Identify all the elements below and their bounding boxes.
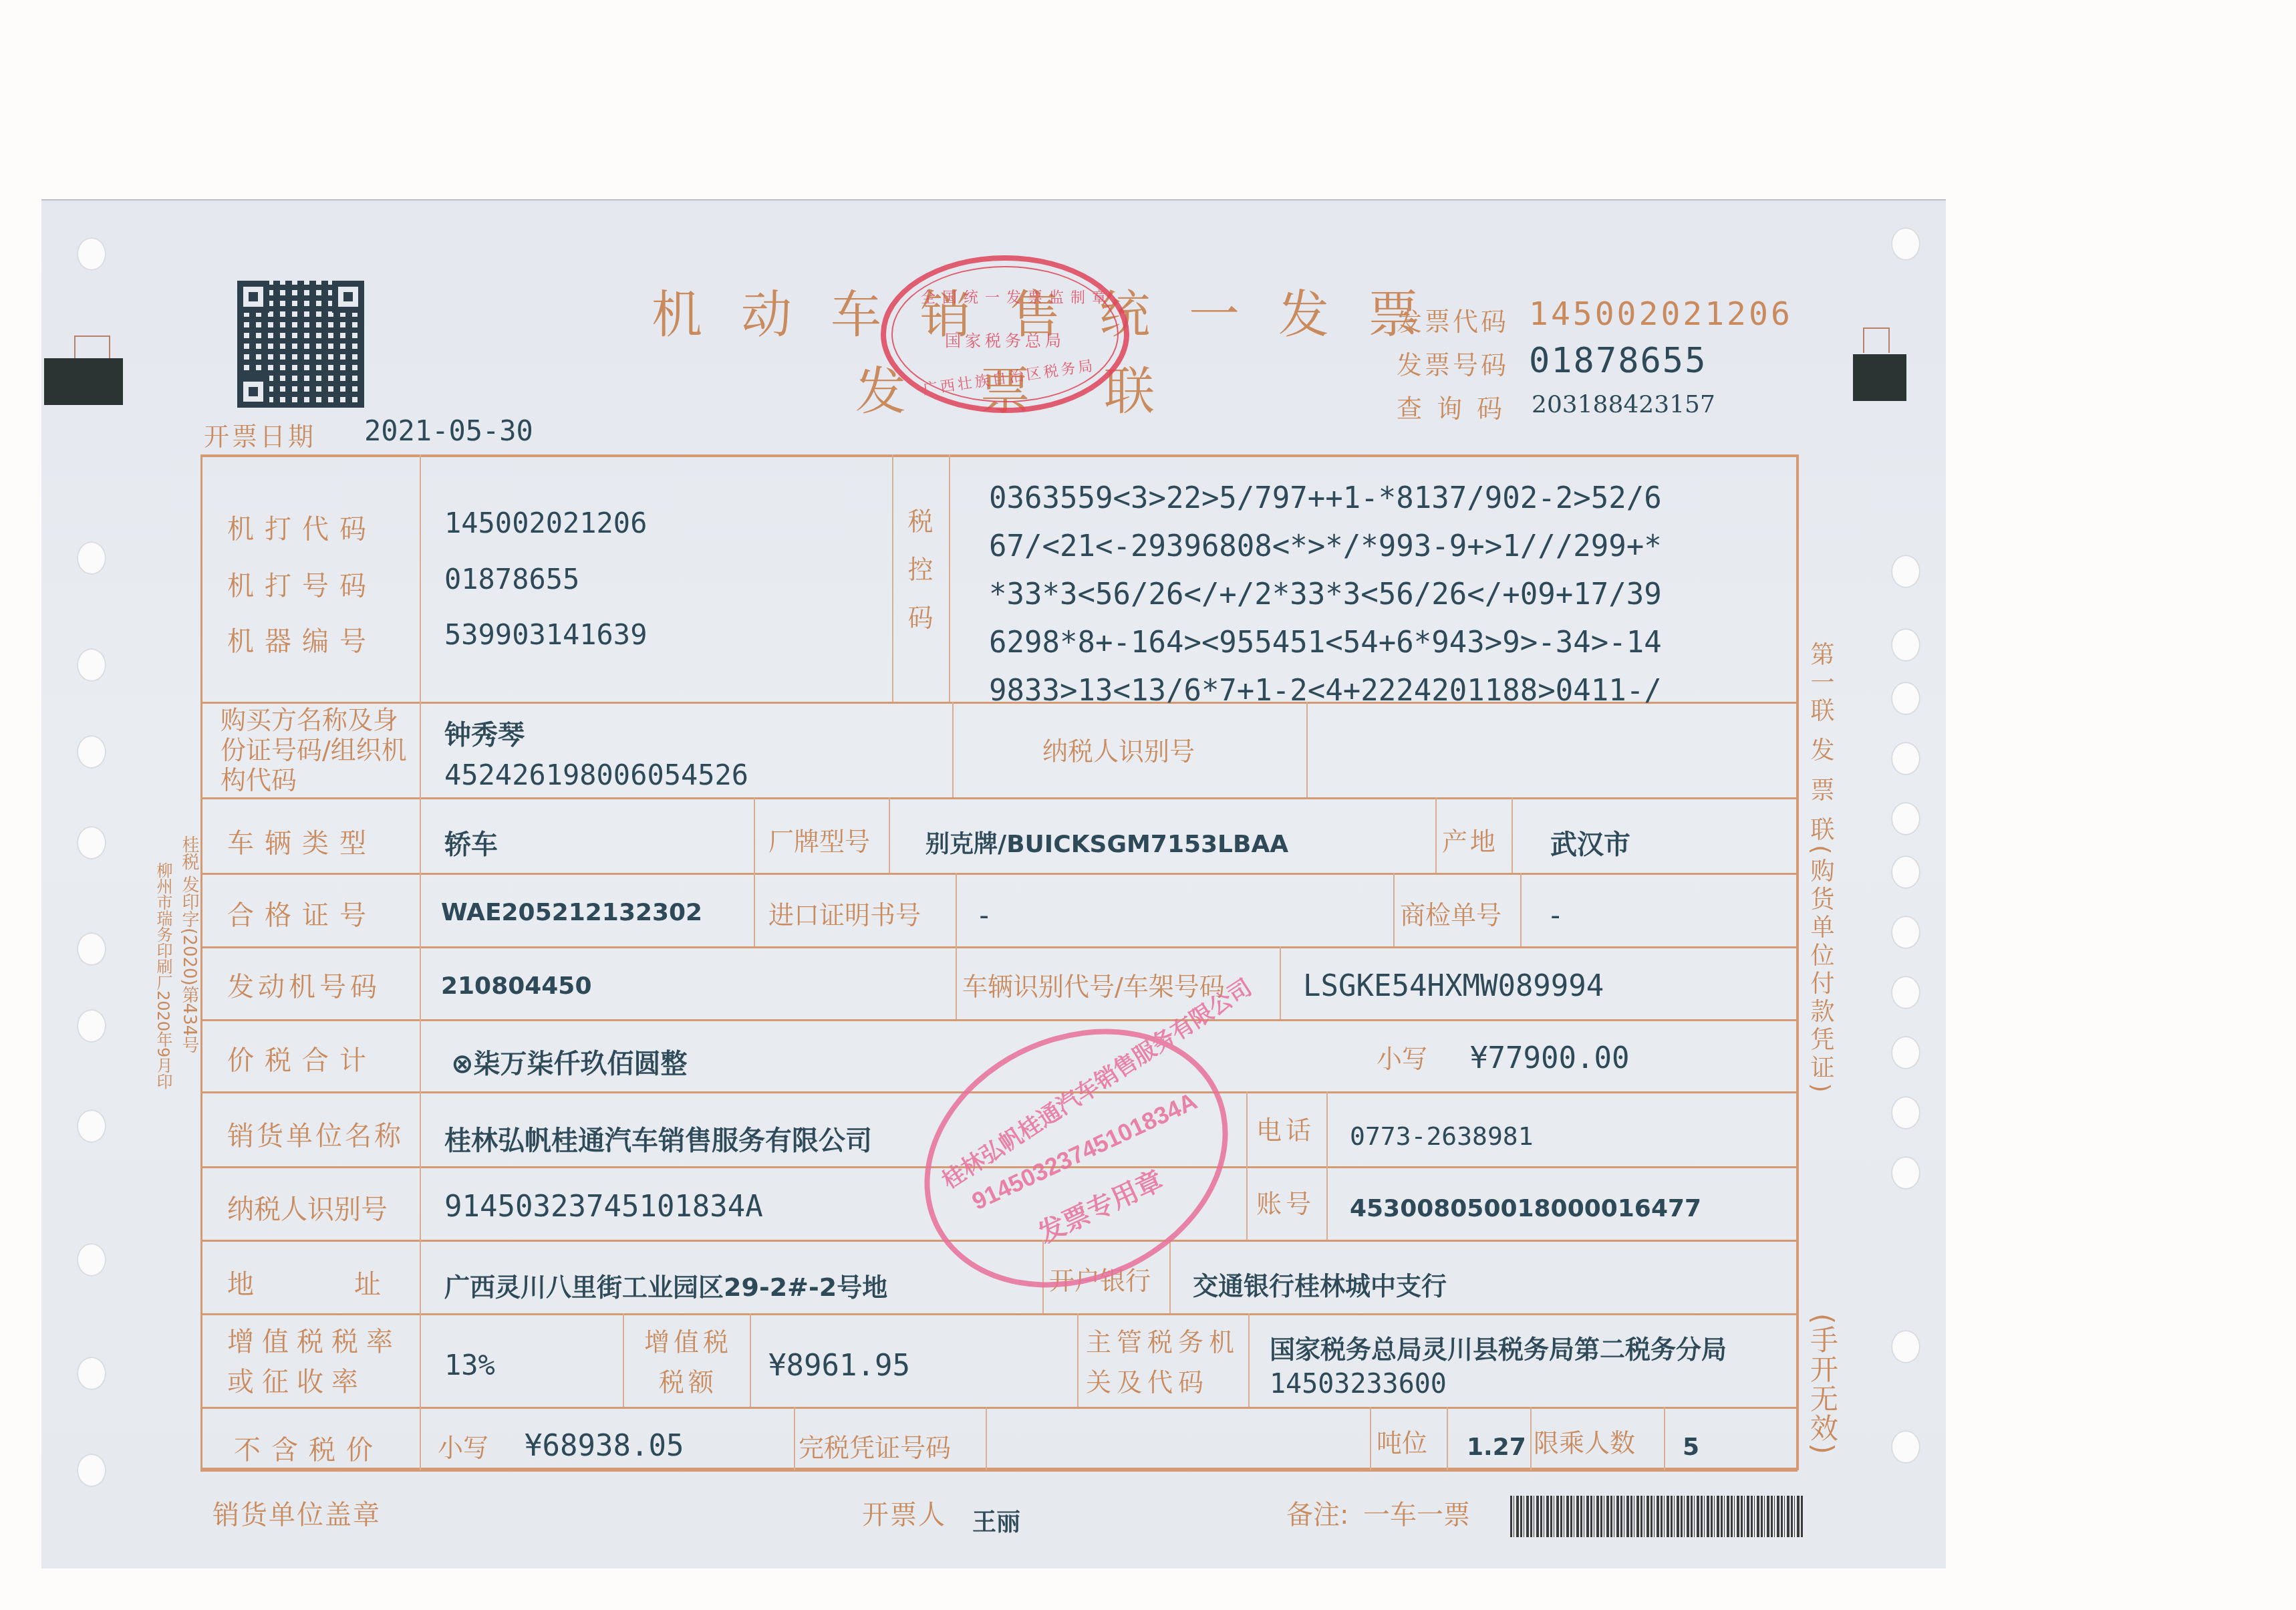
seller-name: 桂林弘帆桂通汽车销售服务有限公司: [444, 1119, 872, 1158]
buyer-taxpayer-id-label: 纳税人识别号: [1042, 730, 1195, 767]
alignment-mark: [44, 358, 123, 405]
tractor-hole: [77, 1454, 106, 1487]
issue-date-label: 开票日期: [204, 416, 316, 452]
handwritten-invalid-note: (手开无效): [1808, 1313, 1836, 1456]
tractor-hole: [1891, 1156, 1920, 1190]
seller-taxpayer-id-label: 纳税人识别号: [227, 1188, 388, 1226]
seller-bank: 交通银行桂林城中支行: [1193, 1265, 1447, 1302]
alignment-mark-frame: [74, 336, 110, 361]
invoice-number: 01878655: [1529, 341, 1707, 381]
import-cert-label: 进口证明书号: [768, 894, 921, 931]
certificate-number: WAE205212132302: [441, 899, 702, 926]
seller-name-label: 销货单位名称: [227, 1115, 404, 1153]
model-label: 厂牌型号: [768, 821, 870, 857]
machine-code-label: 机打代码: [227, 508, 377, 546]
seller-taxpayer-id: 91450323745101834A: [444, 1190, 763, 1224]
pretax-small-label: 小写: [438, 1427, 488, 1464]
device-number-label: 机器编号: [227, 620, 377, 658]
copy-designation: 第一联 发 票 联(购货单位付款凭证): [1808, 642, 1832, 1096]
tractor-hole: [1891, 555, 1920, 588]
vat-label: 增值税税额: [638, 1322, 738, 1402]
buyer-id-number: 452426198006054526: [444, 759, 748, 791]
passenger-limit: 5: [1683, 1434, 1699, 1461]
total-small-label: 小写: [1377, 1038, 1427, 1075]
tractor-hole: [1891, 628, 1920, 662]
tonnage-label: 吨位: [1377, 1422, 1427, 1459]
tax-authority-label: 主管税务机关及代码: [1086, 1322, 1240, 1402]
tax-bureau-seal: 全国统一发票监制章 国家税务总局 广西壮族自治区税务局: [881, 255, 1129, 413]
pretax-amount: ¥68938.05: [525, 1429, 684, 1463]
vehicle-type-label: 车辆类型: [227, 822, 377, 860]
tractor-hole: [77, 932, 106, 966]
pretax-label: 不含税价: [234, 1429, 384, 1467]
inspection-number: -: [1547, 899, 1564, 932]
tractor-hole: [1891, 227, 1920, 261]
duty-paid-label: 完税凭证号码: [799, 1427, 951, 1464]
machine-number: 01878655: [444, 563, 579, 595]
buyer-name: 钟秀琴: [444, 714, 525, 752]
vehicle-origin: 武汉市: [1550, 823, 1630, 861]
machine-number-label: 机打号码: [227, 565, 377, 603]
vat-amount: ¥8961.95: [768, 1349, 910, 1383]
certificate-label: 合格证号: [227, 894, 377, 932]
tax-authority-code: 14503233600: [1270, 1369, 1447, 1399]
tractor-hole: [1891, 855, 1920, 889]
seller-account-label: 账号: [1256, 1183, 1315, 1220]
vin: LSGKE54HXMW089994: [1303, 969, 1604, 1003]
qr-code: [237, 281, 364, 408]
tractor-hole: [1891, 1096, 1920, 1129]
tractor-hole: [77, 237, 106, 271]
alignment-mark: [1853, 354, 1906, 401]
total-amount: ¥77900.00: [1470, 1041, 1629, 1075]
remark-text: 一车一票: [1363, 1494, 1470, 1532]
tractor-hole: [1891, 1036, 1920, 1069]
engine-label: 发动机号码: [227, 966, 381, 1004]
tonnage: 1.27: [1467, 1434, 1526, 1461]
print-permit: 桂税 发印字(2020)第434号: [180, 835, 198, 1053]
tax-authority-name: 国家税务总局灵川县税务局第二税务分局: [1270, 1329, 1727, 1365]
total-label: 价税合计: [227, 1039, 377, 1077]
seller-phone: 0773-2638981: [1350, 1121, 1534, 1151]
tractor-hole: [77, 735, 106, 769]
issue-date: 2021-05-30: [364, 414, 533, 447]
tractor-hole: [1891, 916, 1920, 949]
tractor-hole: [77, 1009, 106, 1043]
invoice-number-label: 发票号码: [1397, 344, 1509, 381]
query-code-label: 查询码: [1397, 388, 1517, 424]
tax-rate: 13%: [444, 1349, 495, 1381]
tractor-hole: [77, 1243, 106, 1277]
alignment-mark-frame: [1863, 327, 1890, 353]
tractor-hole: [77, 541, 106, 575]
tractor-hole: [77, 1357, 106, 1390]
tractor-hole: [1891, 742, 1920, 775]
vin-label: 车辆识别代号/车架号码: [962, 966, 1225, 1002]
tractor-hole: [1891, 1430, 1920, 1464]
machine-code: 145002021206: [444, 507, 647, 539]
tax-rate-label: 增值税税率或征收率: [227, 1322, 408, 1402]
tractor-hole: [77, 1109, 106, 1143]
inspection-label: 商检单号: [1400, 894, 1501, 931]
seller-seal-label: 销货单位盖章: [212, 1494, 381, 1532]
import-cert: -: [976, 899, 992, 932]
remark-label: 备注:: [1286, 1494, 1348, 1532]
issuer-name: 王丽: [972, 1504, 1020, 1538]
origin-label: 产地: [1442, 821, 1498, 857]
tractor-hole: [1891, 976, 1920, 1009]
passenger-limit-label: 限乘人数: [1534, 1422, 1635, 1459]
tractor-hole: [1891, 682, 1920, 715]
seller-address: 广西灵川八里街工业园区29-2#-2号地: [444, 1266, 887, 1303]
issuer-label: 开票人: [862, 1494, 946, 1532]
buyer-label: 购买方名称及身份证号码/组织机构代码: [221, 705, 414, 795]
seller-phone-label: 电话: [1256, 1109, 1315, 1146]
vehicle-model: 别克牌/BUICKSGM7153LBAA: [925, 825, 1288, 859]
tractor-hole: [1891, 1330, 1920, 1363]
engine-number: 210804450: [441, 972, 591, 1000]
device-number: 539903141639: [444, 618, 647, 651]
vehicle-type: 轿车: [444, 823, 498, 861]
tax-control-code: 0363559<3>22>5/797++1-*8137/902-2>52/6 6…: [989, 475, 1662, 715]
total-in-words: ⊗柒万柒仟玖佰圆整: [451, 1043, 688, 1081]
query-code: 203188423157: [1532, 391, 1715, 418]
printer-info: 柳州市瑞务印刷厂2020年9月印: [155, 862, 171, 1089]
tractor-hole: [77, 648, 106, 682]
invoice-code-label: 发票代码: [1397, 301, 1509, 338]
tax-control-code-label: 税控码: [905, 508, 931, 652]
tractor-hole: [77, 826, 106, 859]
seller-account: 453008050018000016477: [1350, 1195, 1701, 1222]
seller-address-label: 地址: [227, 1263, 481, 1301]
barcode: [1510, 1496, 1804, 1537]
tractor-hole: [1891, 802, 1920, 835]
invoice-code: 145002021206: [1529, 295, 1793, 333]
